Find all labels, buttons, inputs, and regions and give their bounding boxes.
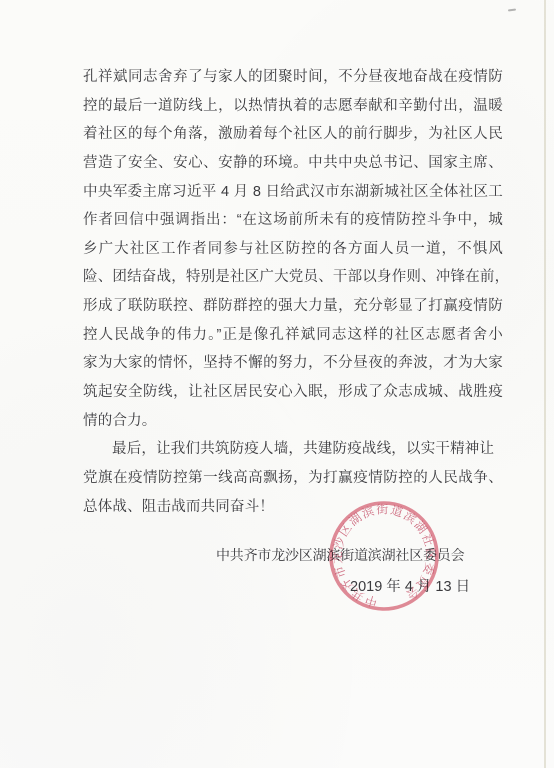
svg-text:中共齐市龙沙区湖滨街道滨湖社区委员会: 中共齐市龙沙区湖滨街道滨湖社区委员会 — [326, 498, 442, 614]
body-line: 乡广大社区工作者同参与社区防控的各方面人员一道，不惧风 — [83, 235, 503, 264]
official-seal-stamp-icon: 中共齐市龙沙区湖滨街道滨湖社区委员会 — [326, 498, 442, 614]
body-line: 险、团结奋战，特别是社区广大党员、干部以身作则、冲锋在前， — [83, 263, 503, 292]
scan-speck-artifact — [508, 8, 516, 11]
scan-edge-artifact — [544, 0, 546, 768]
seal-ring-text: 中共齐市龙沙区湖滨街道滨湖社区委员会 — [326, 498, 442, 614]
body-line: 控人民战争的伟力。”正是像孔祥斌同志这样的社区志愿者舍小 — [83, 321, 503, 350]
body-line: 形成了联防联控、群防群控的强大力量，充分彰显了打赢疫情防 — [83, 292, 503, 321]
body-line: 控的最后一道防线上，以热情执着的志愿奉献和辛勤付出，温暖 — [83, 92, 503, 121]
scanned-letter-page: 孔祥斌同志舍弃了与家人的团聚时间，不分昼夜地奋战在疫情防 控的最后一道防线上，以… — [0, 0, 554, 768]
body-line-paragraph-start: 最后，让我们共筑防疫人墙，共建防疫战线，以实干精神让 — [83, 435, 503, 464]
body-line: 中央军委主席习近平 4 月 8 日给武汉市东湖新城社区全体社区工 — [83, 178, 503, 207]
body-line: 情的合力。 — [83, 407, 503, 436]
body-line: 作者回信中强调指出：“在这场前所未有的疫情防控斗争中，城 — [83, 206, 503, 235]
body-line: 家为大家的情怀，坚持不懈的努力，不分昼夜的奔波，才为大家 — [83, 349, 503, 378]
body-line: 孔祥斌同志舍弃了与家人的团聚时间，不分昼夜地奋战在疫情防 — [83, 63, 503, 92]
letter-body: 孔祥斌同志舍弃了与家人的团聚时间，不分昼夜地奋战在疫情防 控的最后一道防线上，以… — [83, 63, 503, 521]
body-line: 筑起安全防线，让社区居民安心入眠，形成了众志成城、战胜疫 — [83, 378, 503, 407]
body-line: 营造了安全、安心、安静的环境。中共中央总书记、国家主席、 — [83, 149, 503, 178]
body-line: 着社区的每个角落，激励着每个社区人的前行脚步，为社区人民 — [83, 120, 503, 149]
body-line: 党旗在疫情防控第一线高高飘扬，为打赢疫情防控的人民战争、 — [83, 464, 503, 493]
